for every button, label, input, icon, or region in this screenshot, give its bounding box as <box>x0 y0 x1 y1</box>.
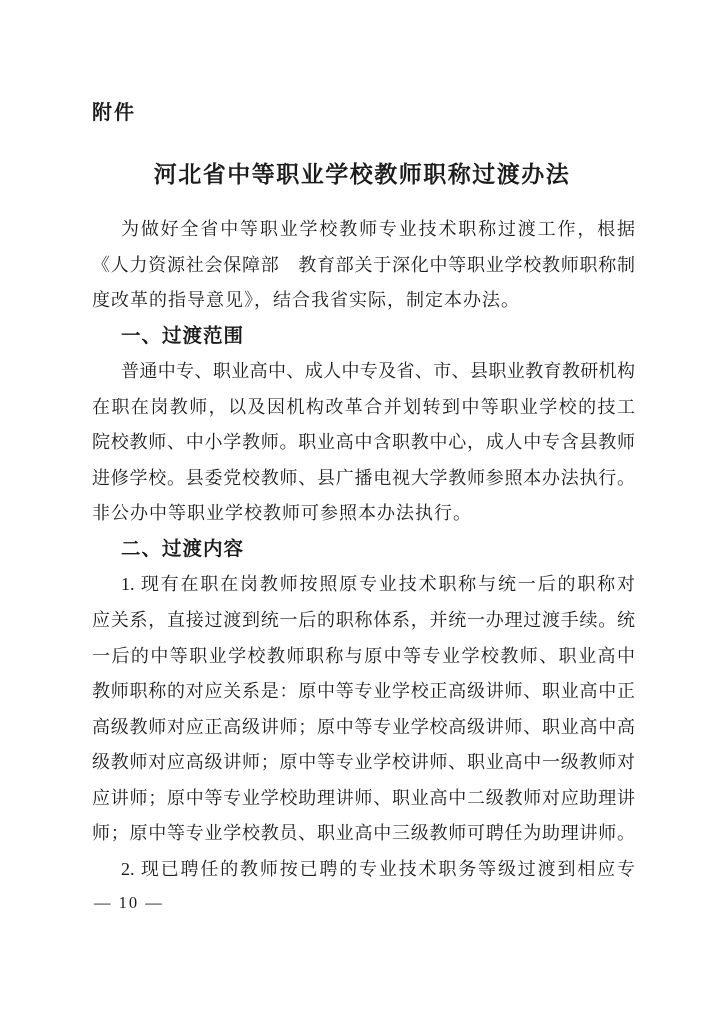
body-text-line: 度改革的指导意见》，结合我省实际，制定本办法。 <box>92 283 635 319</box>
document-title: 河北省中等职业学校教师职称过渡办法 <box>0 156 724 189</box>
body-text-line: 应关系，直接过渡到统一后的职称体系，并统一办理过渡手续。统 <box>92 603 635 639</box>
body-text-line: 2. 现已聘任的教师按已聘的专业技术职务等级过渡到相应专 <box>92 852 635 888</box>
body-text-line: 院校教师、中小学教师。职业高中含职教中心，成人中专含县教师 <box>92 425 635 461</box>
body-text-line: 普通中专、职业高中、成人中专及省、市、县职业教育教研机构 <box>92 354 635 390</box>
section-heading: 一、过渡范围 <box>92 319 635 355</box>
body-text-line: 非公办中等职业学校教师可参照本办法执行。 <box>92 496 635 532</box>
body-text-line: 应讲师；原中等专业学校助理讲师、职业高中二级教师对应助理讲 <box>92 781 635 817</box>
document-page: 附件 河北省中等职业学校教师职称过渡办法 为做好全省中等职业学校教师专业技术职称… <box>0 0 724 1024</box>
page-number: — 10 — <box>94 893 164 913</box>
body-text-line: 进修学校。县委党校教师、县广播电视大学教师参照本办法执行。 <box>92 461 635 497</box>
body-text-line: 级教师对应高级讲师；原中等专业学校讲师、职业高中一级教师对 <box>92 745 635 781</box>
body-text-line: 师；原中等专业学校教员、职业高中三级教师可聘任为助理讲师。 <box>92 816 635 852</box>
body-text-line: 一后的中等职业学校教师职称与原中等专业学校教师、职业高中 <box>92 639 635 675</box>
body-text-line: 在职在岗教师，以及因机构改革合并划转到中等职业学校的技工 <box>92 390 635 426</box>
section-heading: 二、过渡内容 <box>92 532 635 568</box>
document-body: 为做好全省中等职业学校教师专业技术职称过渡工作，根据《人力资源社会保障部 教育部… <box>92 212 635 887</box>
body-text-line: 《人力资源社会保障部 教育部关于深化中等职业学校教师职称制 <box>92 248 635 284</box>
attachment-label: 附件 <box>92 96 136 125</box>
body-text-line: 1. 现有在职在岗教师按照原专业技术职称与统一后的职称对 <box>92 567 635 603</box>
body-text-line: 高级教师对应正高级讲师；原中等专业学校高级讲师、职业高中高 <box>92 710 635 746</box>
body-text-line: 教师职称的对应关系是：原中等专业学校正高级讲师、职业高中正 <box>92 674 635 710</box>
body-text-line: 为做好全省中等职业学校教师专业技术职称过渡工作，根据 <box>92 212 635 248</box>
